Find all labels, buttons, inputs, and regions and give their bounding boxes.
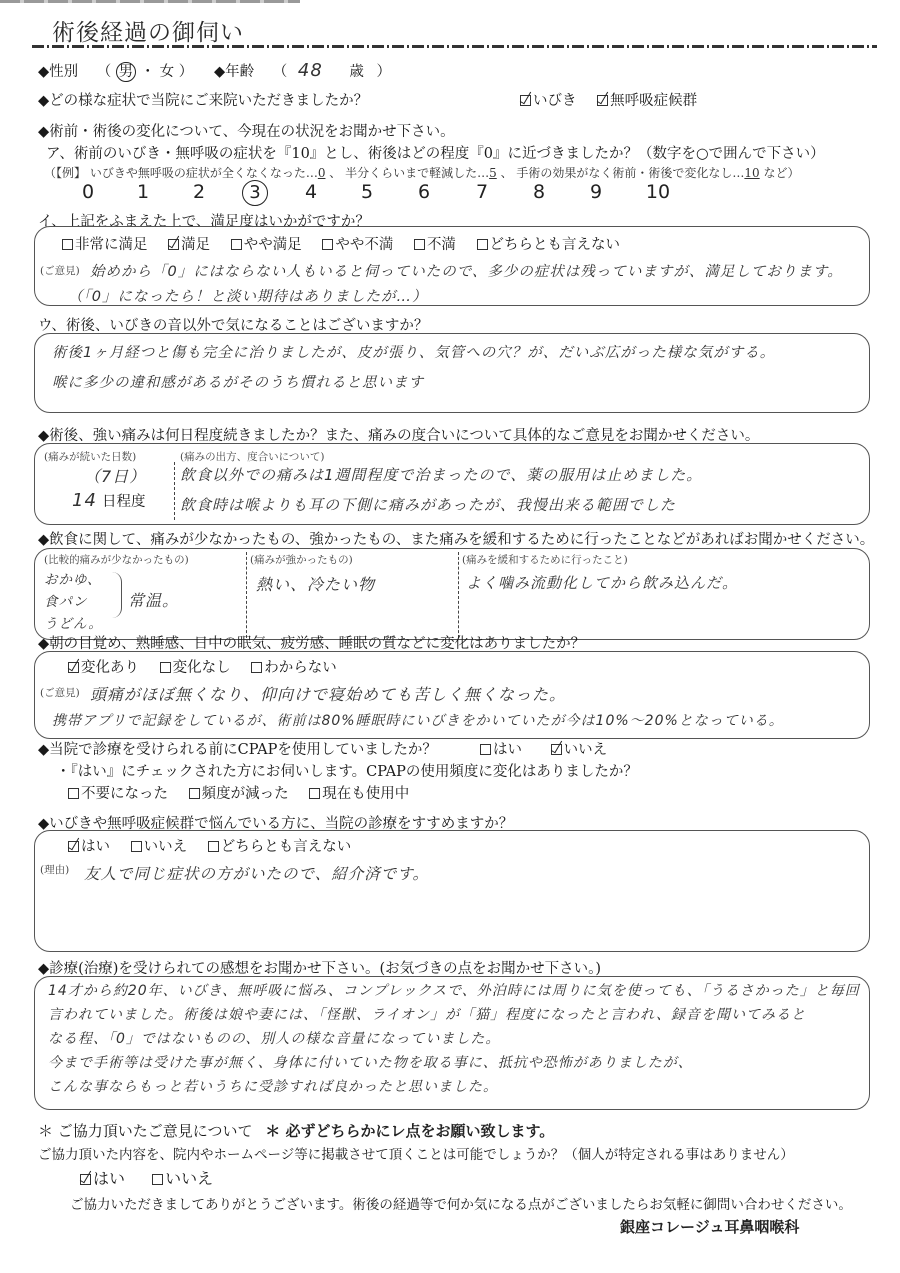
symptoms-options: いびき 無呼吸症候群 <box>520 89 713 110</box>
checkbox-checked-icon[interactable] <box>520 95 531 106</box>
pain-days-note[interactable]: （7日） <box>84 464 146 487</box>
recommend-reason-label: (理由) <box>40 862 69 877</box>
cpap-followup-option-unneeded[interactable]: 不要になった <box>68 786 168 802</box>
checkbox-icon[interactable] <box>414 239 425 250</box>
recommend-option-yes[interactable]: はい <box>68 839 110 855</box>
recommend-reason[interactable]: 友人で同じ症状の方がいたので、紹介済です。 <box>84 862 429 884</box>
scale-option-5[interactable]: 5 <box>354 181 380 203</box>
checkbox-icon[interactable] <box>160 662 171 673</box>
other-concerns-line1[interactable]: 術後1ヶ月経つと傷も完全に治りましたが、皮が張り、気管への穴？が、だいぶ広がった… <box>52 341 775 362</box>
food-col1-note[interactable]: 常温。 <box>128 588 179 611</box>
sleep-option-changed[interactable]: 変化あり <box>68 660 139 676</box>
sleep-opinion-line1[interactable]: 頭痛がほぼ無くなり、仰向けで寝始めても苦しく無くなった。 <box>90 682 566 705</box>
checkbox-icon[interactable] <box>477 239 488 250</box>
pain-days-value[interactable]: 14 <box>72 490 97 511</box>
scale-option-0[interactable]: 0 <box>75 181 101 203</box>
consent-option-yes[interactable]: はい <box>80 1169 125 1188</box>
checkbox-icon[interactable] <box>208 841 219 852</box>
consent-heading: ＊ ご協力頂いたご意見について ＊ 必ずどちらかにレ点をお願い致します。 <box>38 1120 554 1141</box>
checkbox-icon[interactable] <box>68 788 79 799</box>
food-col3-label: (痛みを緩和するために行ったこと) <box>462 552 628 567</box>
satisfaction-opinion-line2[interactable]: （「0」になったら！と淡い期待はありましたが…） <box>68 285 427 306</box>
checkbox-icon[interactable] <box>480 744 491 755</box>
checkbox-checked-icon[interactable] <box>68 841 79 852</box>
title-divider <box>32 45 877 48</box>
age-unit: 歳 <box>349 64 364 80</box>
impressions-line[interactable]: 今まで手術等は受けた事が無く、身体に付いていた物を取る事に、抵抗や恐怖がありまし… <box>48 1052 693 1072</box>
impressions-line[interactable]: なる程、「0」ではないものの、別人の様な音量になっていました。 <box>48 1028 500 1048</box>
satisfaction-option-very-satisfied[interactable]: 非常に満足 <box>62 237 148 253</box>
pain-detail-line2[interactable]: 飲食時は喉よりも耳の下側に痛みがあったが、我慢出来る範囲でした <box>180 494 676 515</box>
footer-thanks: ご協力いただきましてありがとうございます。術後の経過等で何か気になる点がございま… <box>70 1193 852 1213</box>
other-concerns-line2[interactable]: 喉に多少の違和感があるがそのうち慣れると思います <box>52 371 424 392</box>
recommend-options: はい いいえ どちらとも言えない <box>68 835 367 856</box>
checkbox-checked-icon[interactable] <box>551 744 562 755</box>
impressions-line[interactable]: 14才から約20年、いびき、無呼吸に悩み、コンプレックスで、外泊時には周りに気を… <box>48 980 860 1000</box>
sleep-options: 変化あり 変化なし わからない <box>68 656 353 677</box>
other-concerns-question: ウ、術後、いびきの音以外で気になることはございますか？ <box>38 314 428 335</box>
satisfaction-option-neutral[interactable]: どちらとも言えない <box>477 237 621 253</box>
impressions-line[interactable]: 言われていました。術後は娘や妻には、「怪獣、ライオン」が「猫」程度になったと言わ… <box>48 1004 806 1024</box>
consent-option-no[interactable]: いいえ <box>152 1169 213 1188</box>
food-col3-text[interactable]: よく噛み流動化してから飲み込んだ。 <box>466 572 738 593</box>
sleep-opinion-line2[interactable]: 携帯アプリで記録をしているが、術前は80%睡眠時にいびきをかいていたが今は10%… <box>52 710 784 730</box>
sleep-opinion-label: (ご意見) <box>40 685 80 700</box>
gender-option-female[interactable]: 女 <box>160 64 175 80</box>
age-label: ◆年齢 <box>214 64 254 80</box>
change-sub-a: ア、術前のいびき・無呼吸の症状を『10』とし、術後はどの程度『0』に近づきました… <box>46 142 825 163</box>
recommend-option-neutral[interactable]: どちらとも言えない <box>208 839 352 855</box>
sleep-option-no-change[interactable]: 変化なし <box>160 660 231 676</box>
food-col1-item[interactable]: 食パン <box>44 590 88 610</box>
cpap-option-yes[interactable]: はい <box>480 742 522 758</box>
pain-days-label: (痛みが続いた日数) <box>44 449 136 464</box>
consent-options: はい いいえ <box>80 1166 229 1189</box>
change-question: ◆術前・術後の変化について、今現在の状況をお聞かせ下さい。 <box>38 120 455 141</box>
scale-option-2[interactable]: 2 <box>186 181 212 203</box>
scale-option-4[interactable]: 4 <box>298 181 324 203</box>
checkbox-checked-icon[interactable] <box>597 95 608 106</box>
food-question: ◆飲食に関して、痛みが少なかったもの、強かったもの、また痛みを緩和するために行っ… <box>38 528 874 549</box>
pain-days-field: 14 日程度 <box>72 490 146 511</box>
cpap-followup-option-still-using[interactable]: 現在も使用中 <box>309 786 409 802</box>
page-title: 術後経過の御伺い <box>52 14 244 47</box>
column-divider <box>246 552 247 638</box>
scale-option-7[interactable]: 7 <box>469 181 495 203</box>
satisfaction-opinion-line1[interactable]: 始めから「0」にはならない人もいると伺っていたので、多少の症状は残っていますが、… <box>90 260 843 281</box>
brace <box>112 572 122 618</box>
cpap-followup-option-reduced[interactable]: 頻度が減った <box>189 786 289 802</box>
scale-option-9[interactable]: 9 <box>583 181 609 203</box>
cpap-question: ◆当院で診療を受けられる前にCPAPを使用していましたか？ <box>38 738 437 759</box>
food-col2-label: (痛みが強かったもの) <box>250 552 353 567</box>
sleep-option-unknown[interactable]: わからない <box>251 660 337 676</box>
checkbox-checked-icon[interactable] <box>80 1174 91 1185</box>
pain-days-unit: 日程度 <box>102 494 146 510</box>
clinic-name: 銀座コレージュ耳鼻咽喉科 <box>620 1216 799 1237</box>
scale-option-10[interactable]: 10 <box>640 181 676 203</box>
checkbox-checked-icon[interactable] <box>168 239 179 250</box>
symptom-option-apnea[interactable]: 無呼吸症候群 <box>597 93 697 109</box>
column-divider <box>458 552 459 638</box>
food-col1-item[interactable]: うどん。 <box>44 612 103 632</box>
consent-question: ご協力頂いた内容を、院内やホームページ等に掲載させて頂くことは可能でしょうか？（… <box>38 1143 794 1163</box>
symptom-option-snoring[interactable]: いびき <box>520 93 577 109</box>
satisfaction-option-satisfied[interactable]: 満足 <box>168 237 210 253</box>
checkbox-checked-icon[interactable] <box>68 662 79 673</box>
scale-option-1[interactable]: 1 <box>130 181 156 203</box>
age-value[interactable]: 48 <box>298 60 323 81</box>
satisfaction-option-dissatisfied[interactable]: 不満 <box>414 237 456 253</box>
change-example: （【例】 いびきや無呼吸の症状が全くなくなった…0 、 半分くらいまで軽減した…… <box>44 164 800 181</box>
column-divider <box>174 462 175 520</box>
gender-field: ◆性別 （ 男 ・ 女 ） <box>38 60 193 82</box>
cpap-followup-options: 不要になった 頻度が減った 現在も使用中 <box>68 782 425 803</box>
pain-detail-line1[interactable]: 飲食以外での痛みは1週間程度で治まったので、薬の服用は止めました。 <box>180 464 702 485</box>
checkbox-icon[interactable] <box>231 239 242 250</box>
impressions-question: ◆診療(治療)を受けられての感想をお聞かせ下さい。(お気づきの点をお聞かせ下さい… <box>38 957 601 978</box>
checkbox-icon[interactable] <box>189 788 200 799</box>
cpap-option-no[interactable]: いいえ <box>551 742 608 758</box>
age-field: ◆年齢 （ 48 歳 ） <box>214 60 391 81</box>
pain-detail-label: (痛みの出方、度合いについて) <box>180 449 324 464</box>
impressions-line[interactable]: こんな事ならもっと若いうちに受診すれば良かったと思いました。 <box>48 1076 498 1096</box>
satisfaction-opinion-label: (ご意見) <box>40 263 80 278</box>
checkbox-icon[interactable] <box>251 662 262 673</box>
satisfaction-option-somewhat-satisfied[interactable]: やや満足 <box>231 237 302 253</box>
symptoms-question: ◆どの様な症状で当院にご来院いただきましたか？ <box>38 89 368 110</box>
food-col2-text[interactable]: 熱い、冷たい物 <box>256 572 375 595</box>
scale-option-8[interactable]: 8 <box>526 181 552 203</box>
checkbox-icon[interactable] <box>309 788 320 799</box>
scale-option-3-selected[interactable]: 3 <box>242 180 268 206</box>
cpap-options: はい いいえ <box>480 738 623 759</box>
satisfaction-options: 非常に満足 満足 やや満足 やや不満 不満 どちらとも言えない <box>62 233 636 254</box>
checkbox-icon[interactable] <box>152 1174 163 1185</box>
checkbox-icon[interactable] <box>131 841 142 852</box>
gender-option-male[interactable]: 男 <box>116 62 136 82</box>
pain-question: ◆術後、強い痛みは何日程度続きましたか？また、痛みの度合いについて具体的なご意見… <box>38 424 759 445</box>
gender-label: ◆性別 <box>38 64 78 80</box>
scale-option-6[interactable]: 6 <box>411 181 437 203</box>
food-col1-item[interactable]: おかゆ、 <box>44 568 101 588</box>
checkbox-icon[interactable] <box>62 239 73 250</box>
sleep-question: ◆朝の目覚め、熟睡感、日中の眠気、疲労感、睡眠の質などに変化はありましたか？ <box>38 632 585 653</box>
recommend-option-no[interactable]: いいえ <box>131 839 188 855</box>
food-col1-label: (比較的痛みが少なかったもの) <box>44 552 189 567</box>
scan-edge <box>0 0 300 3</box>
cpap-followup-question: ・『はい』にチェックされた方にお伺いします。CPAPの使用頻度に変化はありました… <box>56 760 638 781</box>
satisfaction-option-somewhat-dissatisfied[interactable]: やや不満 <box>322 237 393 253</box>
checkbox-icon[interactable] <box>322 239 333 250</box>
